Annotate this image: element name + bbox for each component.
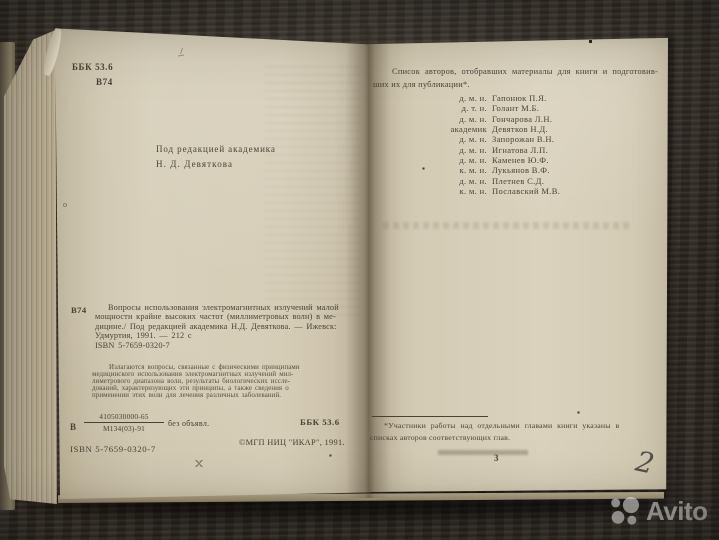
author-row: д. м. н.Гапонюк П.Я.	[445, 93, 560, 103]
left-page-edge-stack	[4, 30, 57, 504]
faint-stamp	[438, 450, 528, 455]
author-row: академикДевятков Н.Д.	[445, 124, 560, 134]
annotation-paragraph: Излагаются вопросы, связанные с физическ…	[92, 365, 364, 400]
author-name: Каменев Ю.Ф.	[492, 155, 549, 165]
author-degree: д. м. н.	[445, 114, 487, 124]
author-name: Пославский М.В.	[492, 186, 560, 196]
editor-line-1: Под редакцией академика	[156, 144, 276, 154]
footnote-line-1: *Участники работы над отдельными главами…	[384, 421, 619, 430]
series-letter: В	[70, 422, 76, 432]
right-page: Список авторов, отобравших материалы для…	[368, 36, 668, 492]
fraction-rule	[84, 422, 164, 423]
catalog-line: дицине./ Под редакцией академика Н.Д. Де…	[95, 322, 367, 331]
author-name: Плетнев С.Д.	[492, 176, 544, 186]
author-degree: академик	[445, 124, 487, 134]
author-name: Запорожан В.Н.	[492, 134, 554, 144]
left-page: ББК 53.6 В74 Под редакцией академика Н. …	[55, 26, 370, 499]
author-name: Голант М.Б.	[492, 103, 539, 113]
ink-bleedthrough	[265, 66, 360, 316]
author-name: Лукьянов В.Ф.	[492, 165, 550, 175]
author-row: д. м. н.Запорожан В.Н.	[445, 134, 560, 144]
bbk-code-bottom: ББК 53.6	[300, 417, 340, 427]
author-name: Гончарова Л.Н.	[492, 114, 552, 124]
isbn-bottom: ISBN 5-7659-0320-7	[70, 444, 156, 454]
copyright-line: ©МГП НИЦ "ИКАР", 1991.	[239, 438, 345, 447]
authors-heading-line-1: Список авторов, отобравших материалы для…	[392, 67, 658, 76]
author-index-code-top: В74	[96, 77, 113, 87]
author-row: д. м. н.Плетнев С.Д.	[445, 176, 560, 186]
author-degree: к. м. н.	[445, 165, 487, 175]
author-degree: д. т. н.	[445, 103, 487, 113]
author-row: д. т. н.Голант М.Б.	[445, 103, 560, 113]
author-degree: к. м. н.	[445, 186, 487, 196]
catalog-line: Вопросы использования электромагнитных и…	[95, 303, 367, 312]
authors-heading-line-2: ших их для публикации*.	[373, 80, 470, 89]
footnote-rule	[372, 416, 488, 417]
editor-line-2: Н. Д. Девяткова	[156, 159, 233, 169]
bbk-code-top: ББК 53.6	[72, 62, 113, 72]
author-degree: д. м. н.	[445, 134, 487, 144]
avito-watermark-text: Avito	[646, 498, 708, 524]
author-row: д. м. н.Игнатова Л.П.	[445, 145, 560, 155]
book-photo-scene: ББК 53.6 В74 Под редакцией академика Н. …	[0, 0, 719, 540]
author-name: Девятков Н.Д.	[492, 124, 548, 134]
author-degree: д. м. н.	[445, 176, 487, 186]
author-row: к. м. н.Лукьянов В.Ф.	[445, 165, 560, 175]
avito-logo-icon	[608, 494, 642, 528]
isbn-line: ISBN 5-7659-0320-7	[95, 341, 367, 350]
catalog-card-index: В74	[71, 305, 87, 315]
catalog-fraction: 4105030000-65 М134(03)-91	[84, 412, 164, 433]
pencil-mark	[175, 47, 187, 61]
author-row: к. м. н.Пославский М.В.	[445, 186, 560, 196]
catalog-card-entry: Вопросы использования электромагнитных и…	[95, 303, 367, 350]
handwritten-mark: 2	[633, 445, 657, 481]
no-announcement-note: без объявл.	[168, 419, 209, 428]
avito-watermark: Avito	[608, 494, 708, 528]
dust-specks	[0, 0, 1, 1]
ink-bleedthrough	[383, 222, 633, 229]
author-name: Игнатова Л.П.	[492, 145, 548, 155]
catalog-line: мощности крайне высоких частот (миллимет…	[95, 312, 367, 321]
catalog-line: Удмуртия, 1991. — 212 с	[95, 331, 367, 340]
annotation-line: применении этих волн для лечения различн…	[92, 393, 364, 400]
footnote-line-2: списках авторов соответствующих глав.	[370, 433, 510, 442]
fraction-numerator: 4105030000-65	[84, 412, 164, 421]
author-degree: д. м. н.	[445, 155, 487, 165]
author-name: Гапонюк П.Я.	[492, 93, 547, 103]
author-degree: д. м. н.	[445, 145, 487, 155]
pen-x-mark	[195, 460, 203, 467]
margin-signature-mark: о	[63, 200, 67, 209]
author-row: д. м. н.Гончарова Л.Н.	[445, 114, 560, 124]
fraction-denominator: М134(03)-91	[84, 424, 164, 433]
page-number: 3	[494, 453, 499, 463]
author-row: д. м. н.Каменев Ю.Ф.	[445, 155, 560, 165]
authors-list: д. м. н.Гапонюк П.Я. д. т. н.Голант М.Б.…	[445, 93, 560, 196]
author-degree: д. м. н.	[445, 93, 487, 103]
